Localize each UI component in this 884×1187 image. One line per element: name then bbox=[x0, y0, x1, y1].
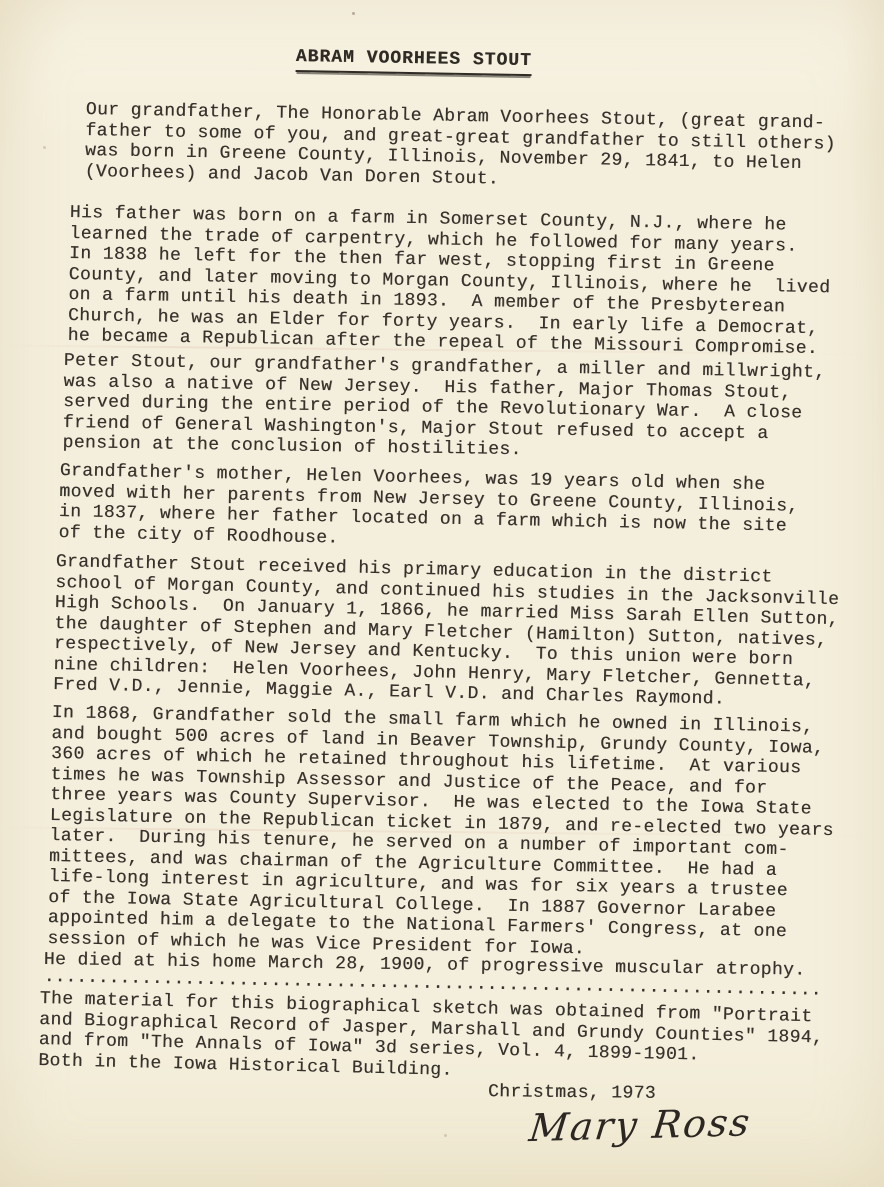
paragraph-mother: Grandfather's mother, Helen Voorhees, wa… bbox=[58, 461, 799, 558]
paragraph-peter-stout: Peter Stout, our grandfather's grandfath… bbox=[62, 351, 825, 465]
paper-speck bbox=[43, 146, 46, 149]
paper-speck bbox=[444, 1134, 447, 1137]
paragraph-iowa-career: In 1868, Grandfather sold the small farm… bbox=[47, 703, 836, 964]
paragraph-education-marriage: Grandfather Stout received his primary e… bbox=[53, 552, 840, 713]
signature-mary-ross: Mary Ross bbox=[527, 1100, 754, 1150]
document-title: ABRAM VOORHEES STOUT bbox=[296, 47, 532, 76]
paper-speck bbox=[352, 12, 355, 15]
paragraph-father: His father was born on a farm in Somerse… bbox=[67, 203, 831, 360]
closing-date: Christmas, 1973 bbox=[488, 1082, 656, 1104]
paper-page: ABRAM VOORHEES STOUT Our grandfather, Th… bbox=[0, 0, 884, 1187]
paragraph-birth: Our grandfather, The Honorable Abram Voo… bbox=[84, 100, 836, 196]
paragraph-sources: The material for this biographical sketc… bbox=[38, 989, 824, 1089]
